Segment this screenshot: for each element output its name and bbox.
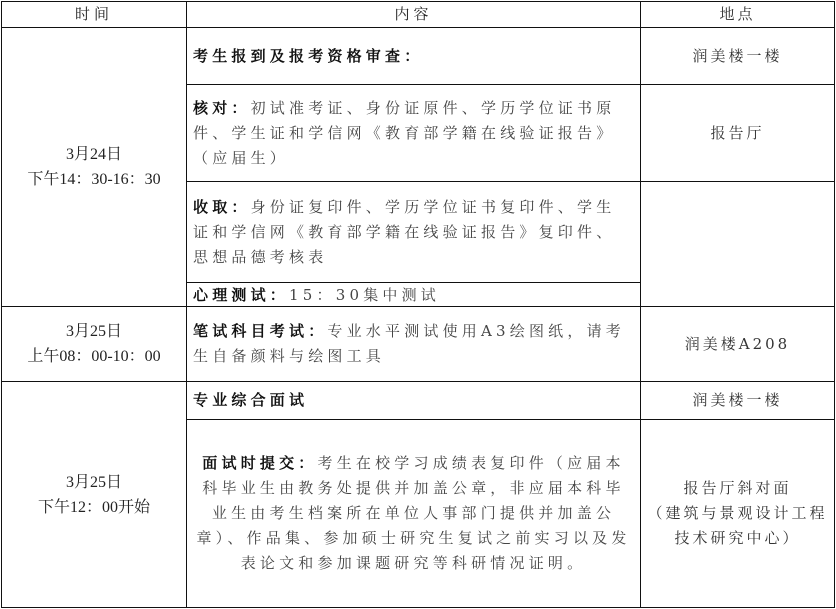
date-text: 3月24日 [8,142,180,167]
header-content: 内容 [187,2,641,28]
date-text: 3月25日 [8,470,180,495]
item-text: 身份证复印件、学历学位证书复印件、学生证和学信网《教育部学籍在线验证报告》复印件… [193,198,615,266]
header-row: 时间 内容 地点 [2,2,835,28]
table-row: 3月25日 上午08：00-10：00 笔试科目考试：专业水平测试使用A3绘图纸… [2,307,835,382]
item-text: 初试准考证、身份证原件、学历学位证书原件、学生证和学信网《教育部学籍在线验证报告… [193,99,615,167]
header-time: 时间 [2,2,187,28]
item-label: 笔试科目考试： [193,322,327,340]
date-text: 3月25日 [8,319,180,344]
location-cell [641,182,835,307]
time-cell: 3月25日 下午12：00开始 [2,382,187,608]
table-row: 3月25日 下午12：00开始 专业综合面试 润美楼一楼 [2,382,835,420]
item-label: 心理测试： [193,286,289,304]
content-cell: 收取：身份证复印件、学历学位证书复印件、学生证和学信网《教育部学籍在线验证报告》… [187,182,641,283]
location-cell: 润美楼一楼 [641,28,835,85]
time-range-text: 下午14：30-16：30 [8,167,180,192]
time-cell: 3月24日 下午14：30-16：30 [2,28,187,307]
time-range-text: 上午08：00-10：00 [8,344,180,369]
location-line: 报告厅斜对面 [647,476,828,501]
item-label: 核对： [193,99,251,117]
content-cell: 面试时提交：考生在校学习成绩表复印件（应届本科毕业生由教务处提供并加盖公章，非应… [187,420,641,608]
content-cell: 核对：初试准考证、身份证原件、学历学位证书原件、学生证和学信网《教育部学籍在线验… [187,85,641,182]
content-cell: 专业综合面试 [187,382,641,420]
location-cell: 润美楼一楼 [641,382,835,420]
time-cell: 3月25日 上午08：00-10：00 [2,307,187,382]
content-cell: 心理测试：15：30集中测试 [187,283,641,307]
table-row: 3月24日 下午14：30-16：30 考生报到及报考资格审查： 润美楼一楼 [2,28,835,85]
item-text: 15：30集中测试 [289,286,440,304]
location-note: （建筑与景观设计工程技术研究中心） [647,501,828,551]
item-label: 专业综合面试 [193,391,308,409]
item-label: 收取： [193,198,251,216]
location-cell: 报告厅斜对面 （建筑与景观设计工程技术研究中心） [641,420,835,608]
item-label: 考生报到及报考资格审查： [193,47,423,65]
content-cell: 考生报到及报考资格审查： [187,28,641,85]
content-cell: 笔试科目考试：专业水平测试使用A3绘图纸，请考生自备颜料与绘图工具 [187,307,641,382]
header-location: 地点 [641,2,835,28]
location-cell: 报告厅 [641,85,835,182]
location-cell: 润美楼A208 [641,307,835,382]
schedule-table: 时间 内容 地点 3月24日 下午14：30-16：30 考生报到及报考资格审查… [1,1,835,608]
item-label: 面试时提交： [202,454,317,472]
time-range-text: 下午12：00开始 [8,495,180,520]
